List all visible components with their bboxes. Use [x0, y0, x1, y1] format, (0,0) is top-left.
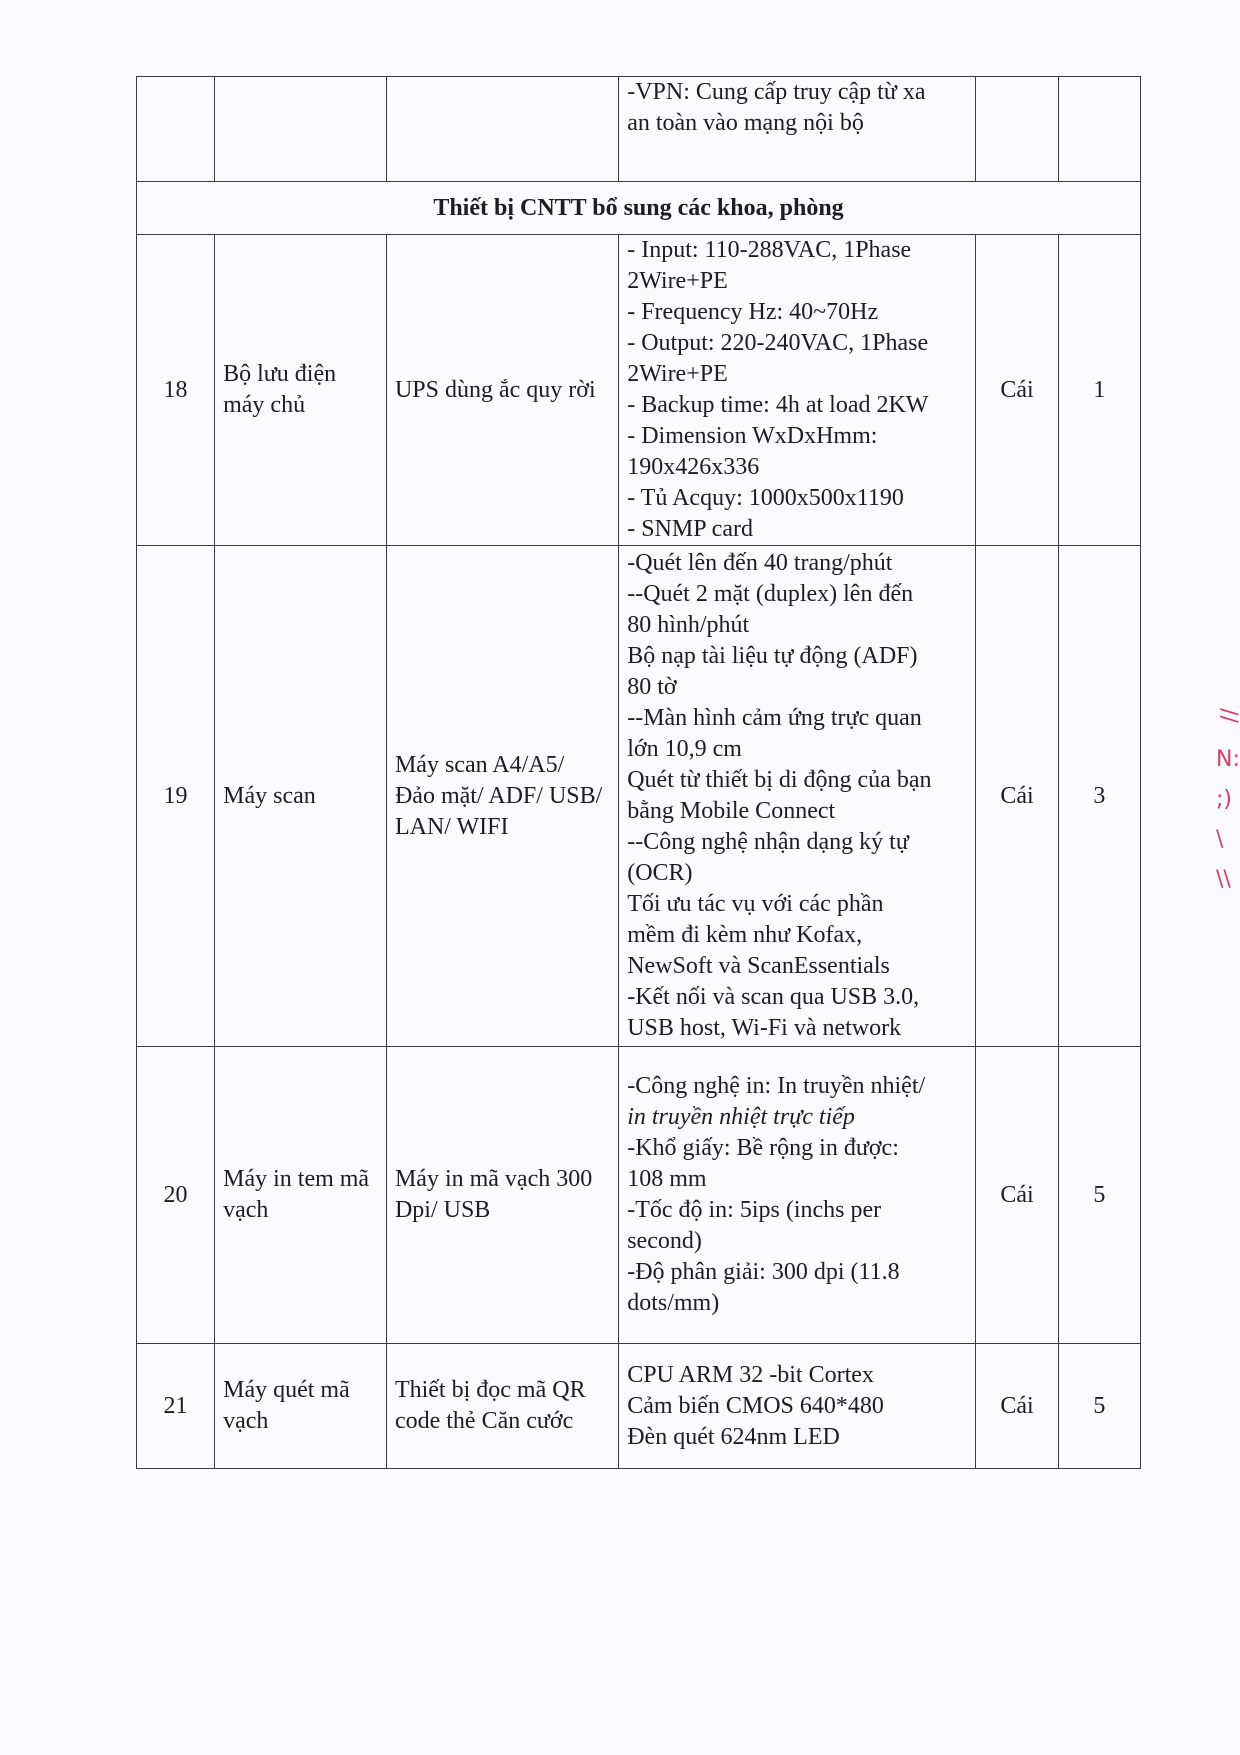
unit-cell: Cái — [976, 1344, 1058, 1469]
spec-cell: -VPN: Cung cấp truy cập từ xa an toàn và… — [619, 77, 976, 182]
type-cell: Máy scan A4/A5/ Đảo mặt/ ADF/ USB/ LAN/ … — [386, 546, 618, 1047]
spec-line: bằng Mobile Connect — [627, 796, 967, 827]
name-cell: Bộ lưu điện máy chủ — [215, 235, 387, 546]
spec-line: -Độ phân giải: 300 dpi (11.8 — [627, 1257, 967, 1288]
spec-line: -Tốc độ in: 5ips (inchs per — [627, 1195, 967, 1226]
spec-line: CPU ARM 32 -bit Cortex — [627, 1360, 967, 1391]
stt-cell: 19 — [137, 546, 215, 1047]
spec-line: - Output: 220-240VAC, 1Phase — [627, 328, 967, 359]
spec-line: - Input: 110-288VAC, 1Phase — [627, 235, 967, 266]
name-cell: Máy quét mã vạch — [215, 1344, 387, 1469]
spec-line: 2Wire+PE — [627, 359, 967, 390]
spec-line: --Quét 2 mặt (duplex) lên đến — [627, 579, 967, 610]
spec-line: (OCR) — [627, 858, 967, 889]
margin-stamp-mark: // N: ;) \ \\ — [1216, 700, 1240, 900]
table-row: 19 Máy scan Máy scan A4/A5/ Đảo mặt/ ADF… — [137, 546, 1141, 1047]
spec-line: NewSoft và ScanEssentials — [627, 951, 967, 982]
name-cell: Máy scan — [215, 546, 387, 1047]
stt-cell — [137, 77, 215, 182]
spec-line: lớn 10,9 cm — [627, 734, 967, 765]
spec-line: -Kết nối và scan qua USB 3.0, — [627, 982, 967, 1013]
spec-line: 2Wire+PE — [627, 266, 967, 297]
spec-line: mềm đi kèm như Kofax, — [627, 920, 967, 951]
spec-line: - Tủ Acquy: 1000x500x1190 — [627, 483, 967, 514]
spec-line: - Backup time: 4h at load 2KW — [627, 390, 967, 421]
spec-line: - Dimension WxDxHmm: — [627, 421, 967, 452]
spec-line: --Màn hình cảm ứng trực quan — [627, 703, 967, 734]
spec-line: Quét từ thiết bị di động của bạn — [627, 765, 967, 796]
qty-cell — [1058, 77, 1140, 182]
qty-cell: 5 — [1058, 1344, 1140, 1469]
table-row: 20 Máy in tem mã vạch Máy in mã vạch 300… — [137, 1047, 1141, 1344]
unit-cell: Cái — [976, 546, 1058, 1047]
spec-line: -Công nghệ in: In truyền nhiệt/ — [627, 1071, 967, 1102]
name-cell — [215, 77, 387, 182]
type-cell: Máy in mã vạch 300 Dpi/ USB — [386, 1047, 618, 1344]
spec-line: -Khổ giấy: Bề rộng in được: — [627, 1133, 967, 1164]
spec-line: an toàn vào mạng nội bộ — [627, 108, 967, 139]
spec-cell: - Input: 110-288VAC, 1Phase2Wire+PE- Fre… — [619, 235, 976, 546]
qty-cell: 1 — [1058, 235, 1140, 546]
stt-cell: 20 — [137, 1047, 215, 1344]
stt-cell: 21 — [137, 1344, 215, 1469]
spec-line: second) — [627, 1226, 967, 1257]
spec-cell: -Quét lên đến 40 trang/phút--Quét 2 mặt … — [619, 546, 976, 1047]
spec-line: USB host, Wi-Fi và network — [627, 1013, 967, 1044]
table-row: 21 Máy quét mã vạch Thiết bị đọc mã QR c… — [137, 1344, 1141, 1469]
table-row: 18 Bộ lưu điện máy chủ UPS dùng ắc quy r… — [137, 235, 1141, 546]
spec-cell: CPU ARM 32 -bit CortexCảm biến CMOS 640*… — [619, 1344, 976, 1469]
spec-cell: -Công nghệ in: In truyền nhiệt/in truyền… — [619, 1047, 976, 1344]
spec-line: Tối ưu tác vụ với các phần — [627, 889, 967, 920]
type-cell: UPS dùng ắc quy rời — [386, 235, 618, 546]
name-cell: Máy in tem mã vạch — [215, 1047, 387, 1344]
table-row-continued: -VPN: Cung cấp truy cập từ xa an toàn và… — [137, 77, 1141, 182]
spec-line: 190x426x336 — [627, 452, 967, 483]
equipment-spec-table: -VPN: Cung cấp truy cập từ xa an toàn và… — [136, 76, 1141, 1469]
spec-line: Đèn quét 624nm LED — [627, 1422, 967, 1453]
unit-cell — [976, 77, 1058, 182]
spec-line: Cảm biến CMOS 640*480 — [627, 1391, 967, 1422]
spec-line: in truyền nhiệt trực tiếp — [627, 1102, 967, 1133]
qty-cell: 3 — [1058, 546, 1140, 1047]
spec-line: Bộ nạp tài liệu tự động (ADF) — [627, 641, 967, 672]
spec-line: 108 mm — [627, 1164, 967, 1195]
spec-line: -Quét lên đến 40 trang/phút — [627, 548, 967, 579]
spec-line: --Công nghệ nhận dạng ký tự — [627, 827, 967, 858]
unit-cell: Cái — [976, 1047, 1058, 1344]
spec-line: -VPN: Cung cấp truy cập từ xa — [627, 77, 967, 108]
type-cell: Thiết bị đọc mã QR code thẻ Căn cước — [386, 1344, 618, 1469]
spec-line: 80 tờ — [627, 672, 967, 703]
section-title: Thiết bị CNTT bổ sung các khoa, phòng — [137, 182, 1141, 235]
section-header-row: Thiết bị CNTT bổ sung các khoa, phòng — [137, 182, 1141, 235]
spec-line: - Frequency Hz: 40~70Hz — [627, 297, 967, 328]
spec-line: - SNMP card — [627, 514, 967, 545]
spec-line: 80 hình/phút — [627, 610, 967, 641]
qty-cell: 5 — [1058, 1047, 1140, 1344]
spec-line: dots/mm) — [627, 1288, 967, 1319]
stt-cell: 18 — [137, 235, 215, 546]
unit-cell: Cái — [976, 235, 1058, 546]
type-cell — [386, 77, 618, 182]
